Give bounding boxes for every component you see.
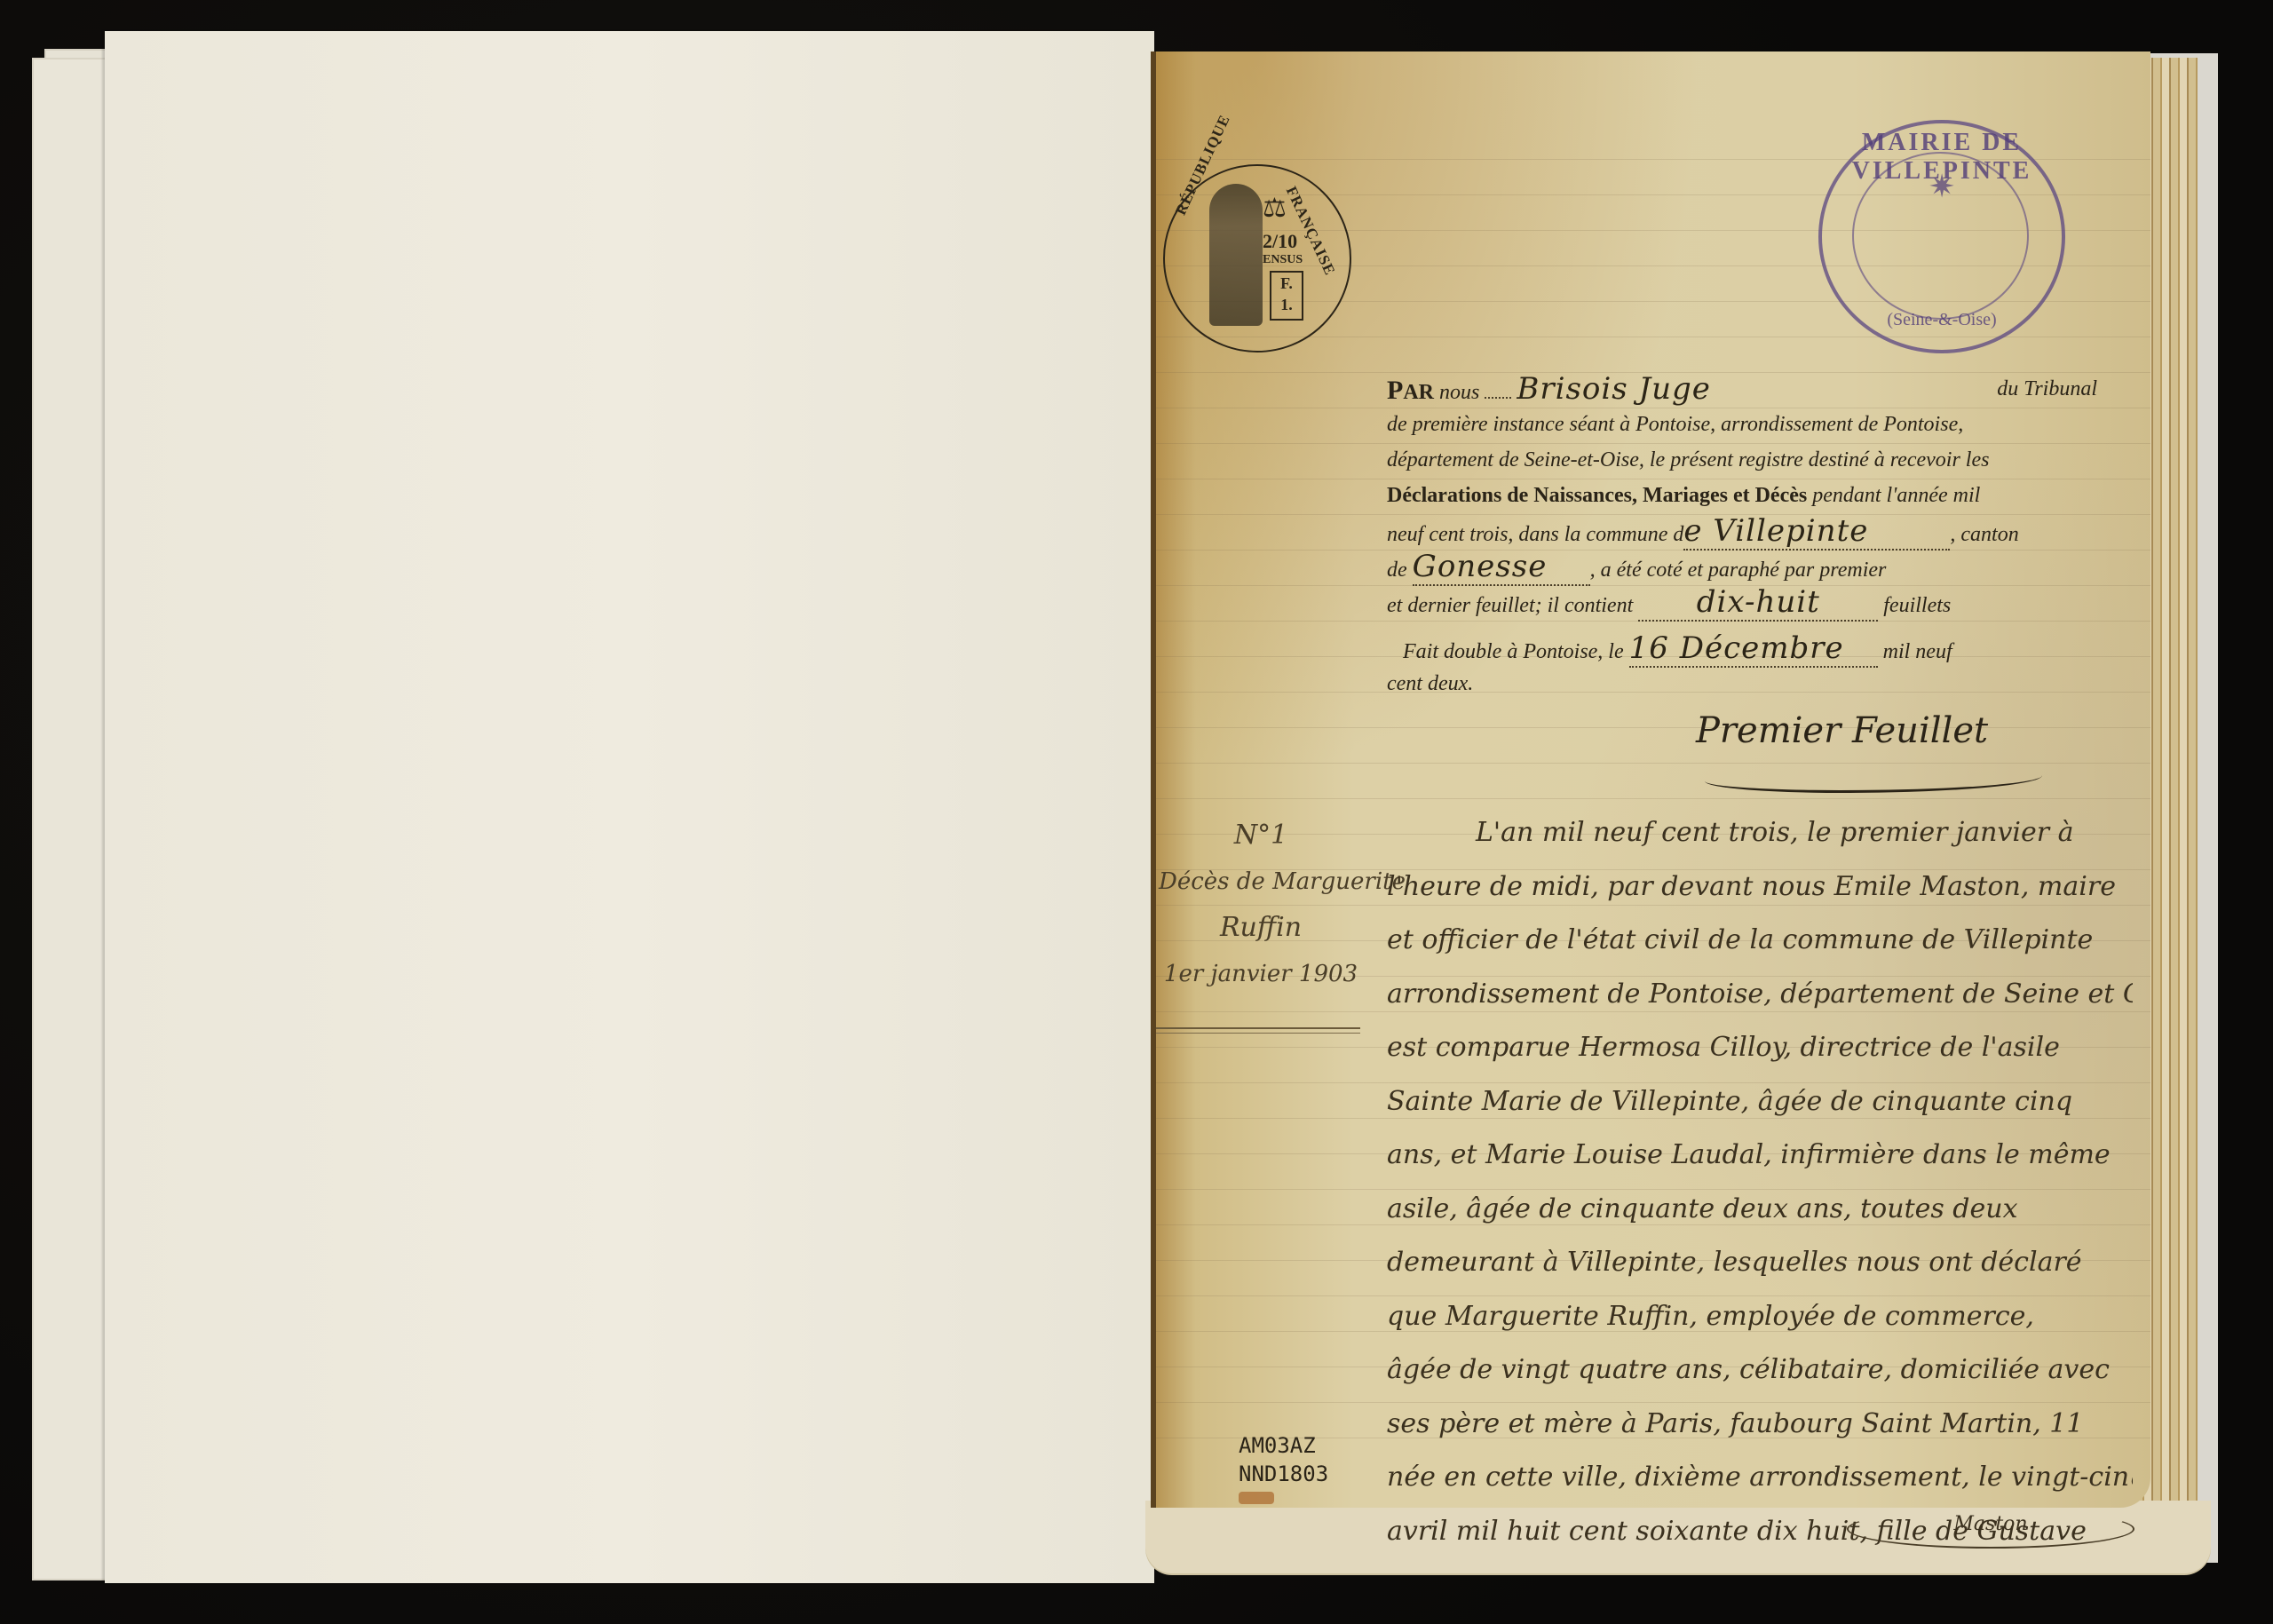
header-fait-double: Fait double à Pontoise, le bbox=[1403, 640, 1624, 663]
header-contient: et dernier feuillet; il contient bbox=[1387, 594, 1633, 617]
left-blank-page bbox=[105, 31, 1154, 1583]
handwritten-sheet-count: dix-huit bbox=[1638, 584, 1878, 622]
margin-rule bbox=[1156, 1027, 1360, 1029]
tax-stamp-denom: F. bbox=[1271, 273, 1302, 294]
blank-line bbox=[1485, 397, 1511, 399]
tax-stamp-ensus: ENSUS bbox=[1263, 253, 1303, 267]
act-line: L'an mil neuf cent trois, le premier jan… bbox=[1387, 806, 2133, 860]
header-commune-label: neuf cent trois, dans la commune d bbox=[1387, 523, 1683, 546]
drop-cap: P bbox=[1387, 376, 1403, 405]
tax-stamp-franc-box: F. 1. bbox=[1270, 271, 1303, 321]
archive-reference: AM03AZ NND1803 bbox=[1239, 1431, 1328, 1488]
header-line-8: Fait double à Pontoise, le 16 Décembre m… bbox=[1387, 630, 2097, 666]
tax-stamp-num: 1. bbox=[1271, 294, 1302, 315]
header-line-6: de Gonesse, a été coté et paraphé par pr… bbox=[1387, 549, 2097, 584]
handwritten-date: 16 Décembre bbox=[1629, 630, 1878, 668]
premier-feuillet-signature: Premier Feuillet bbox=[1696, 710, 1988, 751]
header-cote-paraphe: , a été coté et paraphé par premier bbox=[1590, 558, 1887, 582]
margin-deceased-line: Décès de Marguerite bbox=[1159, 859, 1363, 905]
header-mil-neuf: mil neuf bbox=[1883, 640, 1952, 663]
tax-stamp-value: 2/10 bbox=[1263, 230, 1297, 253]
act-line: âgée de vingt quatre ans, célibataire, d… bbox=[1387, 1343, 2133, 1398]
act-line: ses père et mère à Paris, faubourg Saint… bbox=[1387, 1398, 2133, 1452]
act-line: que Marguerite Ruffin, employée de comme… bbox=[1387, 1290, 2133, 1344]
act-line: arrondissement de Pontoise, département … bbox=[1387, 968, 2133, 1022]
death-act-text: L'an mil neuf cent trois, le premier jan… bbox=[1387, 806, 2133, 1558]
header-line-1: PAR nous Brisois Juge du Tribunal bbox=[1387, 371, 2097, 407]
handwritten-commune: e Villepinte bbox=[1683, 513, 1950, 551]
margin-date: 1er janvier 1903 bbox=[1159, 951, 1363, 997]
act-line: est comparue Hermosa Cilloy, directrice … bbox=[1387, 1021, 2133, 1075]
header-line-5: neuf cent trois, dans la commune de Vill… bbox=[1387, 513, 2097, 549]
margin-rule-2 bbox=[1156, 1033, 1360, 1034]
header-de: de bbox=[1387, 558, 1407, 582]
act-number: N°1 bbox=[1159, 812, 1363, 859]
header-feuillets: feuillets bbox=[1883, 594, 1951, 617]
margin-note: N°1 Décès de Marguerite Ruffin 1er janvi… bbox=[1159, 812, 1363, 997]
header-line-7: et dernier feuillet; il contient dix-hui… bbox=[1387, 584, 2097, 620]
scales-icon: ⚖ bbox=[1263, 193, 1287, 224]
header-declarations: Déclarations de Naissances, Mariages et … bbox=[1387, 484, 1807, 507]
marianne-figure-icon bbox=[1209, 184, 1263, 326]
liberty-star-icon: ✷ bbox=[1928, 168, 1955, 205]
act-line: Sainte Marie de Villepinte, âgée de cinq… bbox=[1387, 1075, 2133, 1129]
header-canton-label: , canton bbox=[1950, 523, 2018, 546]
header-par: AR bbox=[1403, 381, 1434, 404]
handwritten-judge-name: Brisois Juge bbox=[1517, 371, 1711, 407]
header-nous: nous bbox=[1439, 381, 1479, 404]
header-line-9: cent deux. bbox=[1387, 666, 2097, 701]
header-annee: pendant l'année mil bbox=[1812, 484, 1980, 507]
archive-code-2: NND1803 bbox=[1239, 1460, 1328, 1488]
handwritten-canton: Gonesse bbox=[1413, 549, 1590, 586]
act-line: demeurant à Villepinte, lesquelles nous … bbox=[1387, 1236, 2133, 1290]
act-line: ans, et Marie Louise Laudal, infirmière … bbox=[1387, 1129, 2133, 1183]
mairie-stamp-bottom-text: (Seine-&-Oise) bbox=[1849, 310, 2035, 330]
header-line-3: département de Seine-et-Oise, le présent… bbox=[1387, 442, 2097, 478]
margin-deceased-surname: Ruffin bbox=[1159, 905, 1363, 951]
header-line-4: Déclarations de Naissances, Mariages et … bbox=[1387, 478, 2097, 513]
header-tribunal: du Tribunal bbox=[1997, 371, 2097, 407]
ink-stain bbox=[1239, 1492, 1274, 1504]
archive-code-1: AM03AZ bbox=[1239, 1431, 1328, 1460]
act-line: asile, âgée de cinquante deux ans, toute… bbox=[1387, 1183, 2133, 1237]
header-line-2: de première instance séant à Pontoise, a… bbox=[1387, 407, 2097, 442]
act-line: l'heure de midi, par devant nous Emile M… bbox=[1387, 860, 2133, 915]
under-sheet-signature: Maston bbox=[1847, 1509, 2134, 1549]
act-line: et officier de l'état civil de la commun… bbox=[1387, 914, 2133, 968]
mairie-stamp: MAIRIE DE VILLEPINTE ✷ (Seine-&-Oise) bbox=[1818, 120, 2065, 353]
tax-stamp: RÉPUBLIQUE FRANÇAISE ⚖ 2/10 ENSUS F. 1. bbox=[1163, 164, 1351, 353]
act-line: née en cette ville, dixième arrondisseme… bbox=[1387, 1451, 2133, 1505]
printed-header: PAR nous Brisois Juge du Tribunal de pre… bbox=[1387, 371, 2097, 701]
